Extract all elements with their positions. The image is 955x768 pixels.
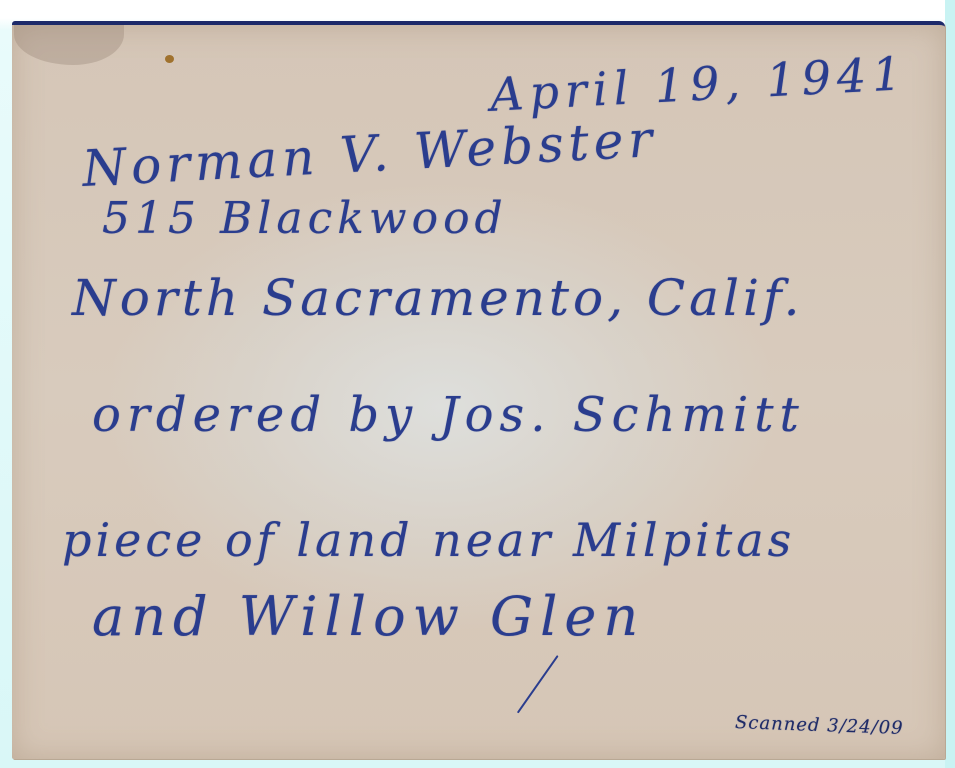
land-note-line-2: and Willow Glen [92,585,645,648]
pen-stroke-descender [517,655,559,713]
stain-mark [165,55,174,63]
handwritten-date: April 19, 1941 [489,46,909,122]
ordered-by-note: ordered by Jos. Schmitt [92,387,805,443]
scan-date-note: Scanned 3/24/09 [735,712,904,739]
street-address: 515 Blackwood [102,193,508,244]
recipient-name: Norman V. Webster [81,110,659,198]
land-note-line-1: piece of land near Milpitas [62,513,795,567]
envelope: April 19, 1941 Norman V. Webster 515 Bla… [12,21,945,759]
scan-background-edge [945,0,955,768]
envelope-flap-shadow [14,25,124,65]
city-address: North Sacramento, Calif. [72,269,804,327]
